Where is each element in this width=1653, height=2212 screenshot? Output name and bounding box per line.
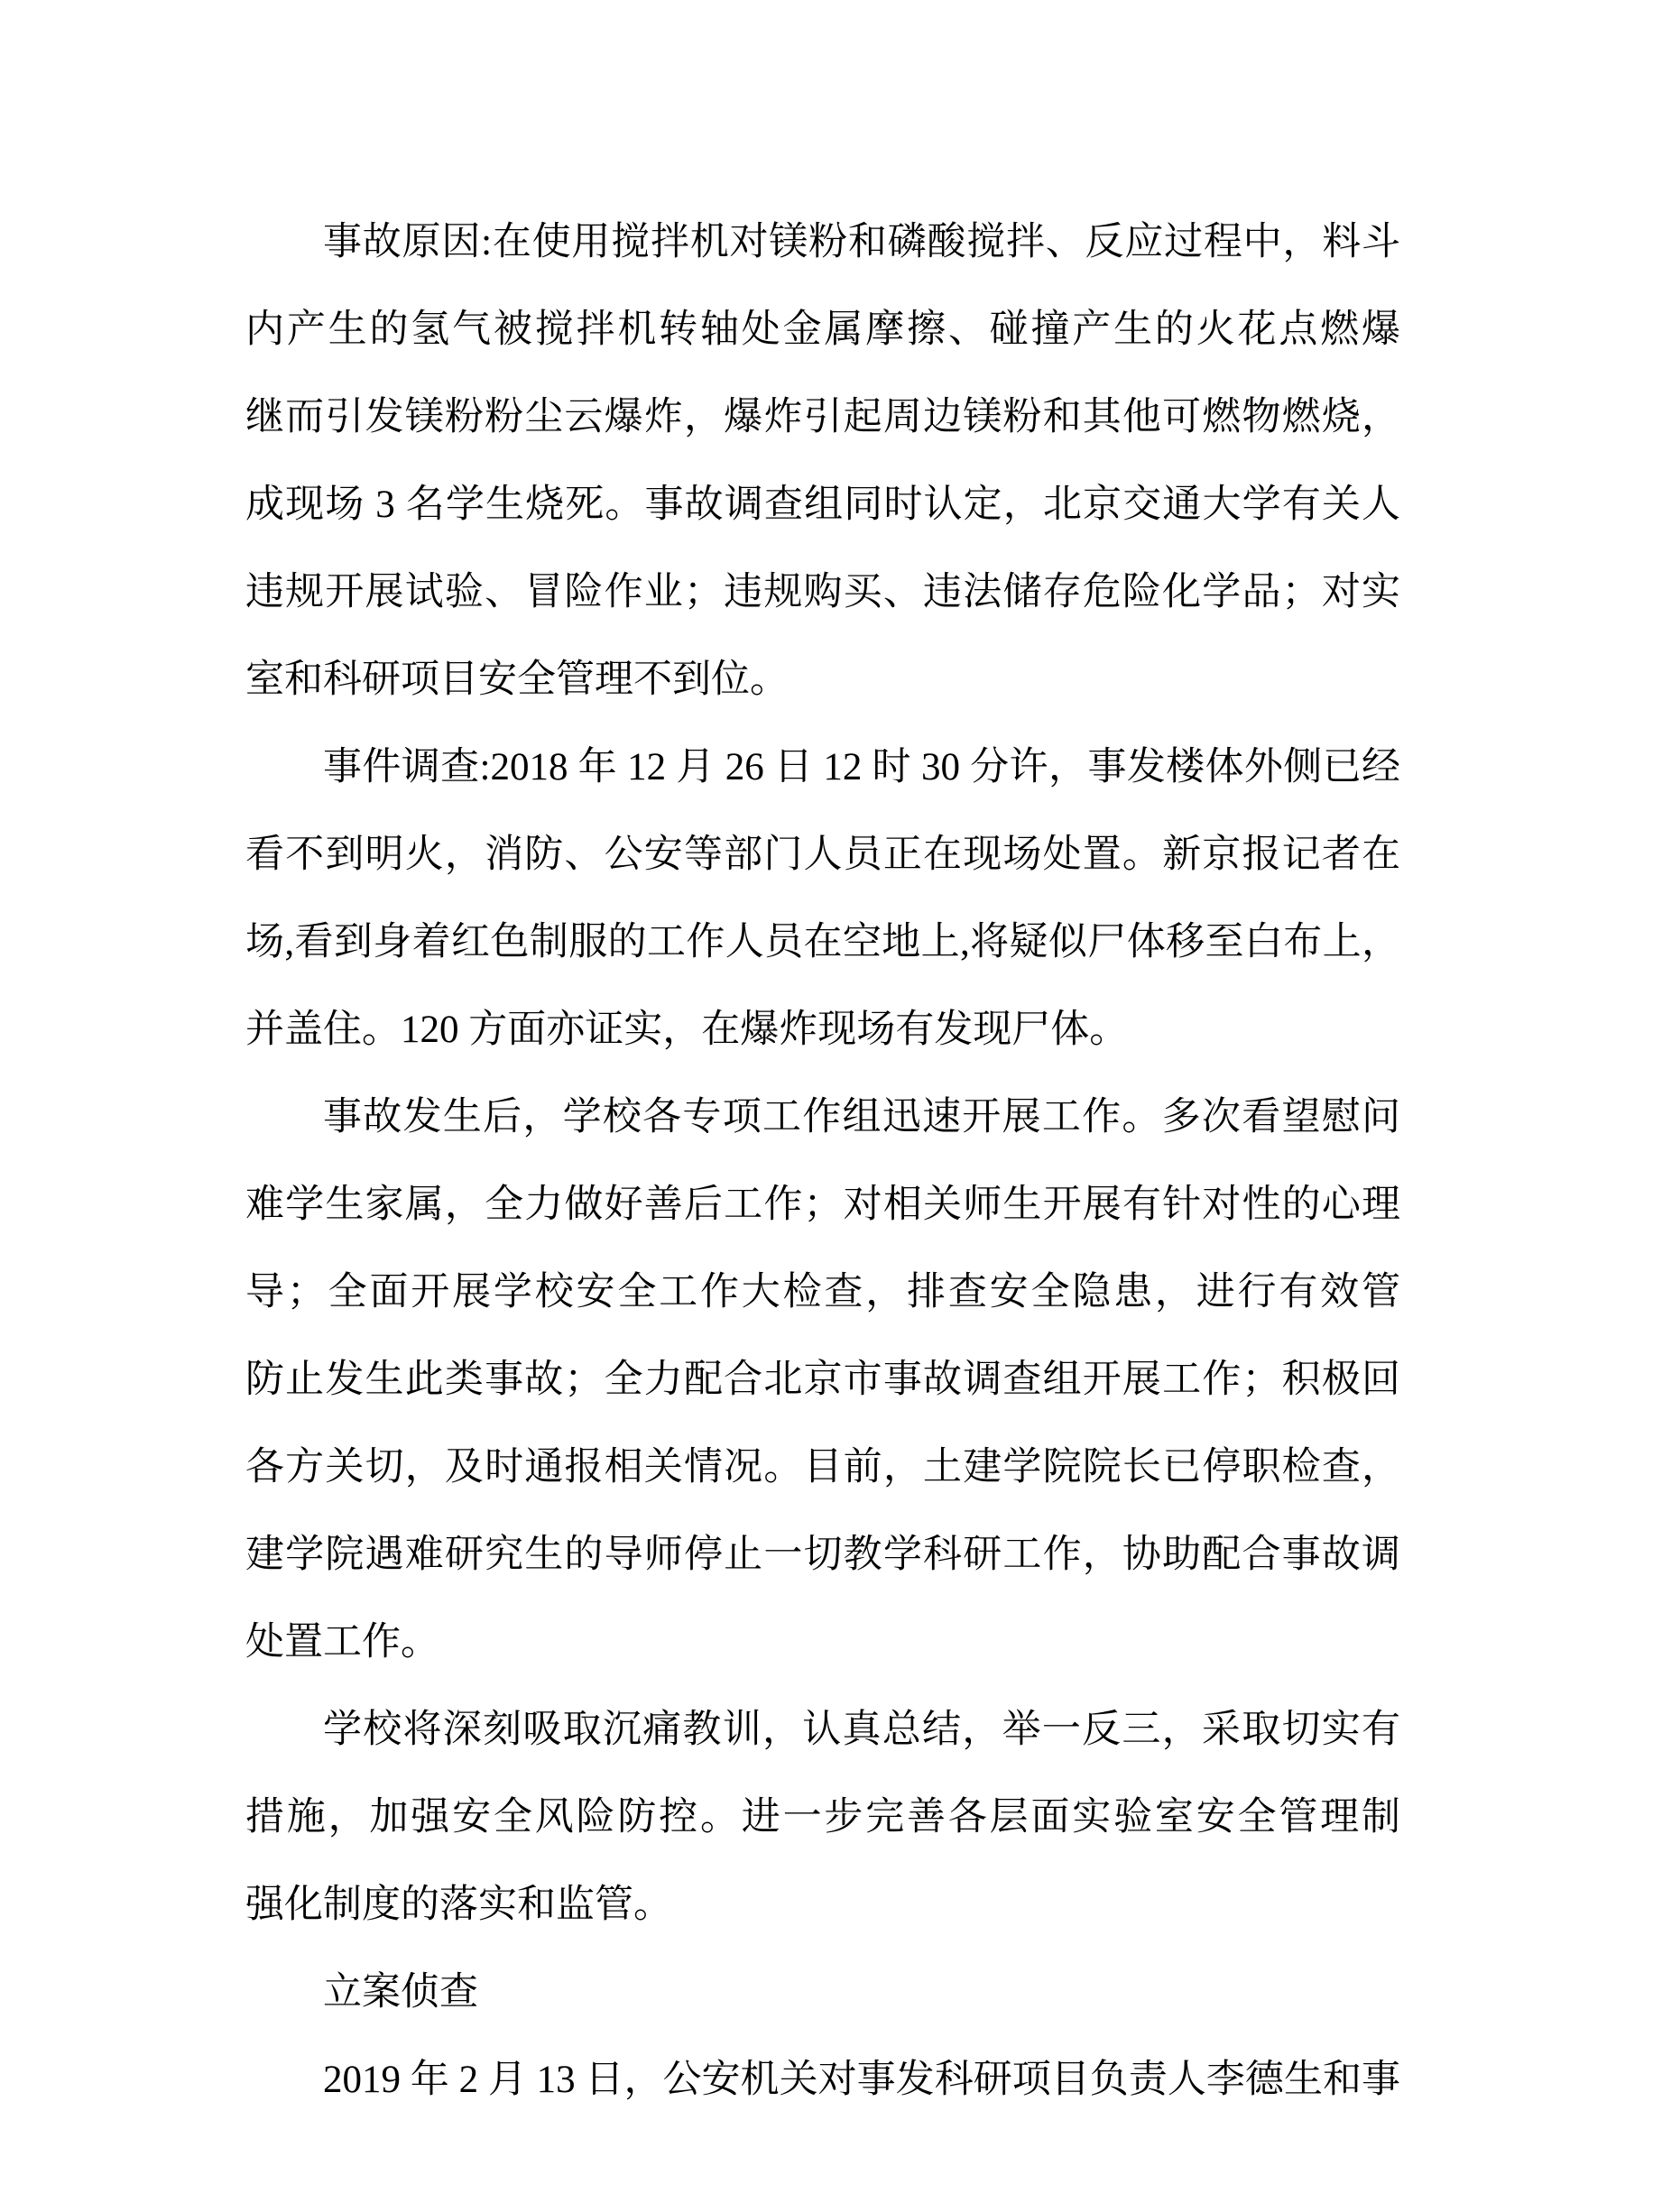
text-line: 2019 年 2 月 13 日，公安机关对事发科研项目负责人李德生和事 (245, 2036, 1400, 2124)
text-line: 难学生家属，全力做好善后工作；对相关师生开展有针对性的心理辅 (245, 1161, 1400, 1249)
paragraph: 事故发生后，学校各专项工作组迅速开展工作。多次看望慰问遇难学生家属，全力做好善后… (245, 1074, 1400, 1686)
text-line: 立案侦查 (245, 1949, 1400, 2036)
text-line: 强化制度的落实和监管。 (245, 1861, 1400, 1949)
text-line: 事故原因:在使用搅拌机对镁粉和磷酸搅拌、反应过程中，料斗 (245, 198, 1400, 286)
text-line: 各方关切，及时通报相关情况。目前，土建学院院长已停职检查，土 (245, 1424, 1400, 1511)
paragraph: 事故原因:在使用搅拌机对镁粉和磷酸搅拌、反应过程中，料斗内产生的氢气被搅拌机转轴… (245, 198, 1400, 724)
text-line: 建学院遇难研究生的导师停止一切教学科研工作，协助配合事故调查 (245, 1511, 1400, 1599)
document-body: 事故原因:在使用搅拌机对镁粉和磷酸搅拌、反应过程中，料斗内产生的氢气被搅拌机转轴… (245, 198, 1400, 2124)
text-line: 处置工作。 (245, 1599, 1400, 1686)
text-line: 场,看到身着红色制服的工作人员在空地上,将疑似尸体移至白布上， (245, 899, 1400, 986)
text-line: 事故发生后，学校各专项工作组迅速开展工作。多次看望慰问遇 (245, 1074, 1400, 1161)
text-line: 成现场 3 名学生烧死。事故调查组同时认定，北京交通大学有关人员 (245, 461, 1400, 548)
paragraph: 2019 年 2 月 13 日，公安机关对事发科研项目负责人李德生和事 (245, 2036, 1400, 2124)
text-line: 措施，加强安全风险防控。进一步完善各层面实验室安全管理制度， (245, 1774, 1400, 1861)
text-line: 防止发生此类事故；全力配合北京市事故调查组开展工作；积极回应 (245, 1336, 1400, 1424)
paragraph: 事件调查:2018 年 12 月 26 日 12 时 30 分许，事发楼体外侧已… (245, 724, 1400, 1074)
text-line: 内产生的氢气被搅拌机转轴处金属摩擦、碰撞产生的火花点燃爆炸， (245, 286, 1400, 373)
document-page: 事故原因:在使用搅拌机对镁粉和磷酸搅拌、反应过程中，料斗内产生的氢气被搅拌机转轴… (0, 0, 1653, 2212)
text-line: 导；全面开展学校安全工作大检查，排查安全隐患，进行有效管控， (245, 1249, 1400, 1336)
text-line: 看不到明火，消防、公安等部门人员正在现场处置。新京报记者在现 (245, 811, 1400, 899)
text-line: 继而引发镁粉粉尘云爆炸，爆炸引起周边镁粉和其他可燃物燃烧，造 (245, 373, 1400, 461)
paragraph: 学校将深刻吸取沉痛教训，认真总结，举一反三，采取切实有效措施，加强安全风险防控。… (245, 1686, 1400, 1949)
text-line: 违规开展试验、冒险作业；违规购买、违法储存危险化学品；对实验 (245, 548, 1400, 636)
paragraph: 立案侦查 (245, 1949, 1400, 2036)
text-line: 事件调查:2018 年 12 月 26 日 12 时 30 分许，事发楼体外侧已… (245, 724, 1400, 811)
text-line: 室和科研项目安全管理不到位。 (245, 636, 1400, 724)
text-line: 并盖住。120 方面亦证实，在爆炸现场有发现尸体。 (245, 986, 1400, 1074)
text-line: 学校将深刻吸取沉痛教训，认真总结，举一反三，采取切实有效 (245, 1686, 1400, 1774)
